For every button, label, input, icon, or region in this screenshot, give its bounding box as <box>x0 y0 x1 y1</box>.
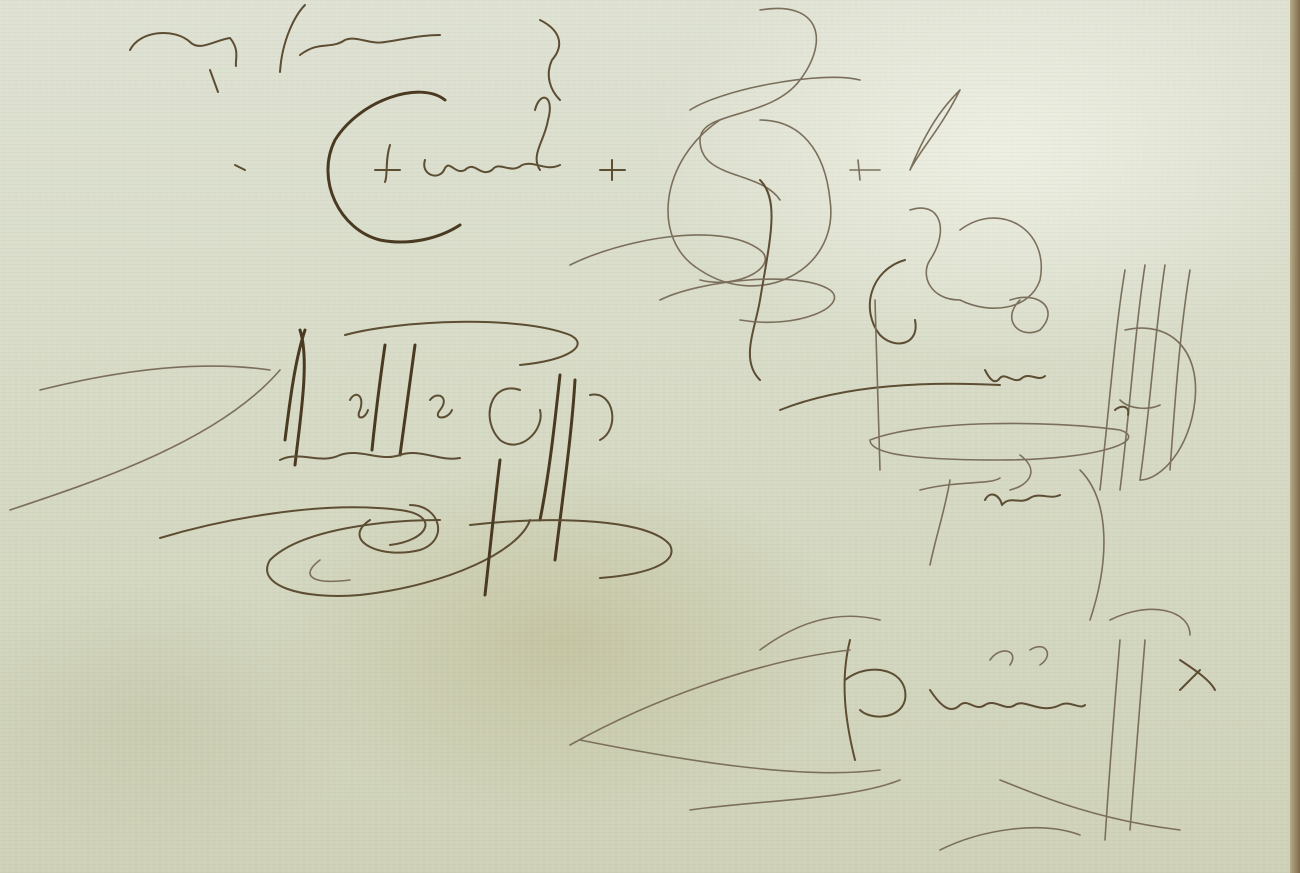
signature-lioret <box>780 208 1129 470</box>
signature-dinassar <box>570 609 1215 850</box>
signature-pur <box>920 455 1104 620</box>
central-flourish <box>570 8 960 380</box>
right-flourish <box>1100 265 1196 490</box>
lower-flourish <box>160 460 672 596</box>
manuscript-page: ay sechoirs g Coutier Vonblam Lioret Pur… <box>0 0 1290 873</box>
page-edge <box>1290 0 1300 873</box>
ink-signatures <box>0 0 1290 873</box>
